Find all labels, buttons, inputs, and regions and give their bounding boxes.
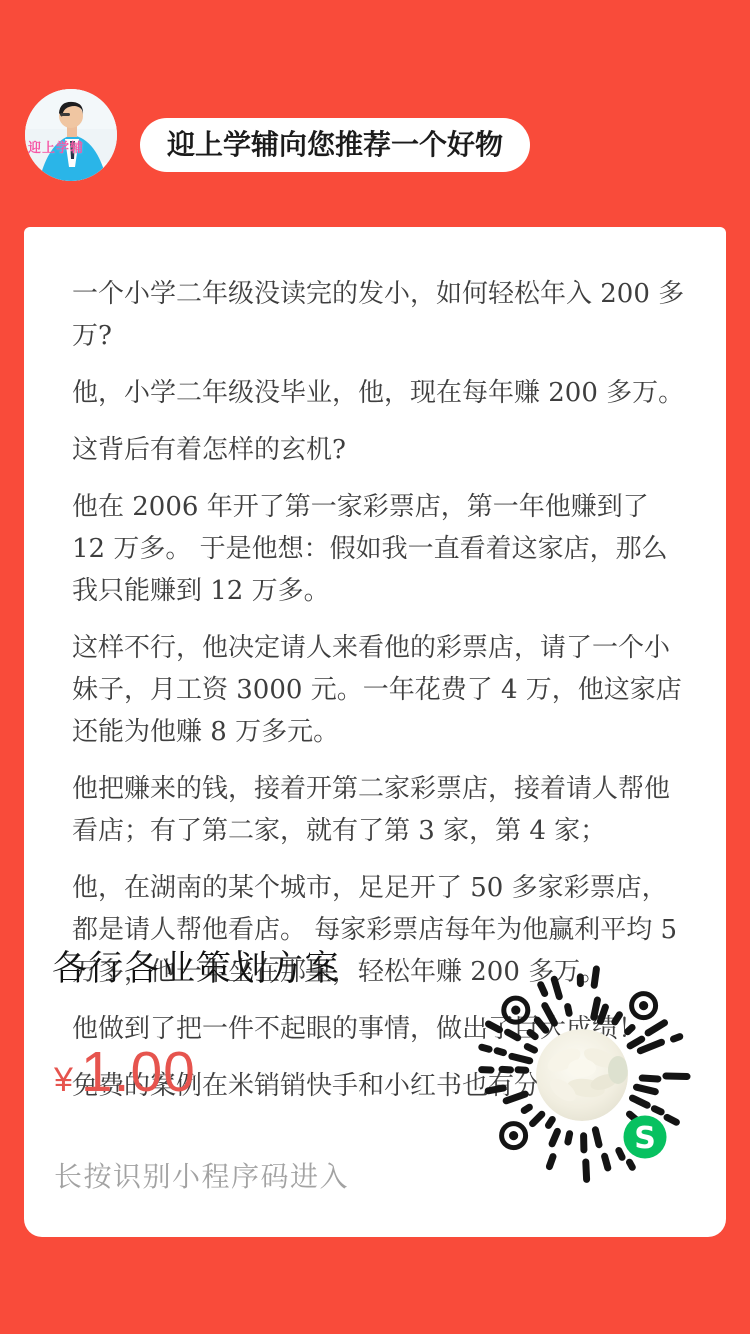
story-paragraph: 他在 2006 年开了第一家彩票店，第一年他赚到了 12 万多。 于是他想：假如… [72,486,686,612]
qr-code-icon[interactable]: S [468,960,696,1188]
currency-symbol: ¥ [54,1061,73,1100]
mini-program-logo-icon: S [624,1116,667,1159]
svg-text:S: S [634,1121,656,1156]
product-price: ¥ 1.00 [54,1039,196,1105]
flower-photo [536,1029,628,1121]
recommendation-bubble: 迎上学辅向您推荐一个好物 [140,118,530,172]
price-amount: 1.00 [81,1039,196,1105]
product-card: 一个小学二年级没读完的发小，如何轻松年入 200 多万? 他，小学二年级没毕业，… [24,227,726,1237]
story-paragraph: 这样不行，他决定请人来看他的彩票店，请了一个小妹子，月工资 3000 元。一年花… [72,627,686,753]
avatar-photo-icon [25,89,117,181]
long-press-hint: 长按识别小程序码进入 [54,1155,349,1195]
story-paragraph: 他，小学二年级没毕业，他，现在每年赚 200 多万。 [72,372,686,414]
story-paragraph: 一个小学二年级没读完的发小，如何轻松年入 200 多万? [72,273,686,357]
product-title: 各行各业策划方案 [52,941,340,991]
avatar: 迎上学辅 [25,89,117,181]
bubble-text: 迎上学辅向您推荐一个好物 [167,129,503,160]
story-paragraph: 这背后有着怎样的玄机? [72,429,686,471]
mini-program-code[interactable]: S [468,960,696,1188]
story-paragraph: 他把赚来的钱，接着开第二家彩票店，接着请人帮他看店；有了第二家，就有了第 3 家… [72,768,686,852]
